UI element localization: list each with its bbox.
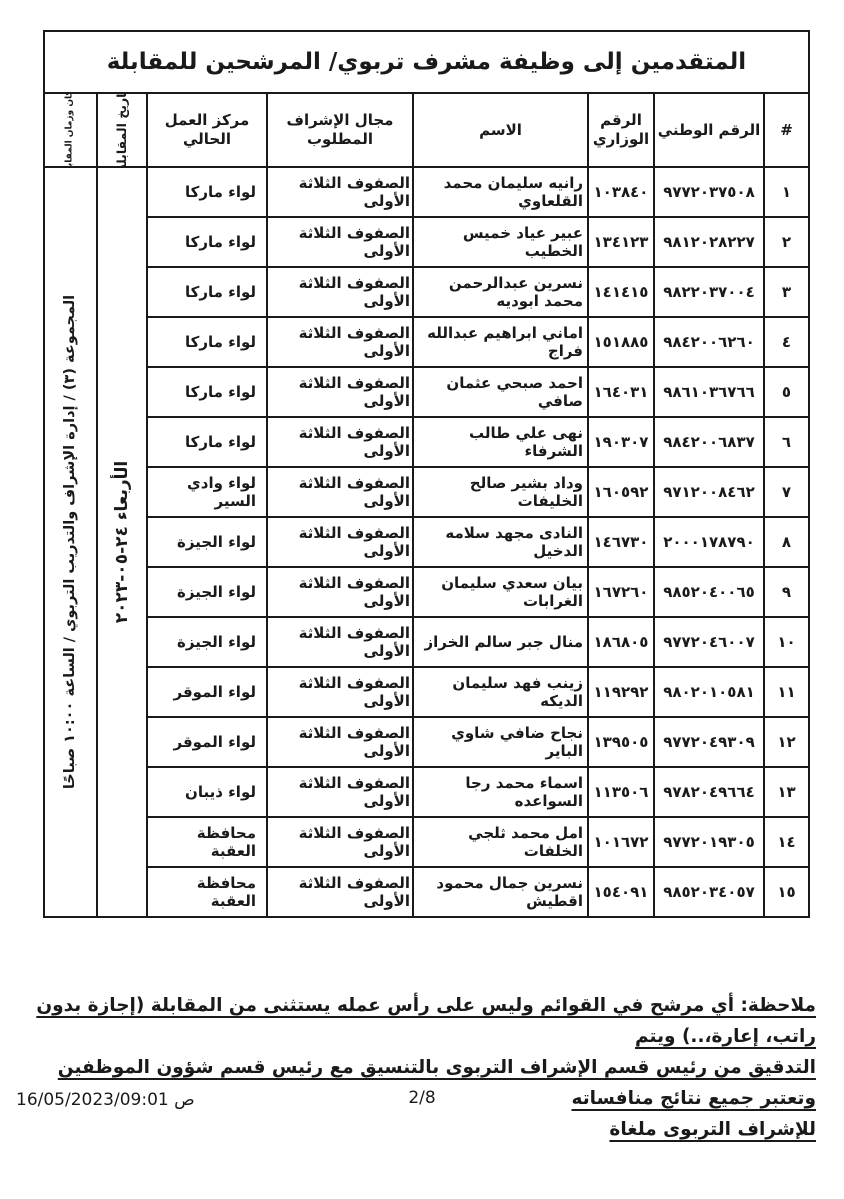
- table-row: ١٤ ٩٧٧٢٠١٩٣٠٥ ١٠١٦٧٢ امل محمد ثلجي الخلف…: [44, 817, 809, 867]
- cell-number: ٥: [764, 367, 809, 417]
- cell-name: نسرين جمال محمود اقطيش: [413, 867, 588, 917]
- cell-ministry-id: ١١٣٥٠٦: [588, 767, 654, 817]
- col-header-name: الاسم: [413, 93, 588, 167]
- table-row: ١١ ٩٨٠٢٠١٠٥٨١ ١١٩٢٩٢ زينب فهد سليمان الد…: [44, 667, 809, 717]
- cell-ministry-id: ١٠٣٨٤٠: [588, 167, 654, 217]
- cell-name: رانيه سليمان محمد القلعاوي: [413, 167, 588, 217]
- cell-work-center: لواء ذيبان: [147, 767, 267, 817]
- cell-name: نهى علي طالب الشرفاء: [413, 417, 588, 467]
- cell-national-id: ٩٨٤٢٠٠٦٨٣٧: [654, 417, 764, 467]
- cell-supervision-field: الصفوف الثلاثة الأولى: [267, 667, 413, 717]
- cell-number: ١١: [764, 667, 809, 717]
- cell-ministry-id: ١٨٦٨٠٥: [588, 617, 654, 667]
- cell-supervision-field: الصفوف الثلاثة الأولى: [267, 467, 413, 517]
- cell-ministry-id: ١٦٧٢٦٠: [588, 567, 654, 617]
- cell-ministry-id: ١٦٠٥٩٢: [588, 467, 654, 517]
- cell-number: ١٠: [764, 617, 809, 667]
- cell-number: ٢: [764, 217, 809, 267]
- cell-supervision-field: الصفوف الثلاثة الأولى: [267, 567, 413, 617]
- cell-number: ٣: [764, 267, 809, 317]
- table-row: ٨ ٢٠٠٠١٧٨٧٩٠ ١٤٦٧٣٠ النادى مجهد سلامه ال…: [44, 517, 809, 567]
- cell-work-center: محافظة العقبة: [147, 817, 267, 867]
- cell-name: نسرين عبدالرحمن محمد ابوديه: [413, 267, 588, 317]
- document-title: المتقدمين إلى وظيفة مشرف تربوي/ المرشحين…: [44, 31, 809, 93]
- table-row: ١٢ ٩٧٧٢٠٤٩٣٠٩ ١٣٩٥٠٥ نجاح ضافي شاوي البا…: [44, 717, 809, 767]
- table-row: ١٠ ٩٧٧٢٠٤٦٠٠٧ ١٨٦٨٠٥ منال جبر سالم الخرا…: [44, 617, 809, 667]
- cell-supervision-field: الصفوف الثلاثة الأولى: [267, 217, 413, 267]
- cell-work-center: لواء ماركا: [147, 217, 267, 267]
- footnote: ملاحظة: أي مرشح في القوائم وليس على رأس …: [28, 990, 816, 1145]
- cell-ministry-id: ١٣٩٥٠٥: [588, 717, 654, 767]
- cell-ministry-id: ١٥١٨٨٥: [588, 317, 654, 367]
- cell-ministry-id: ١٠١٦٧٢: [588, 817, 654, 867]
- table-row: ٤ ٩٨٤٢٠٠٦٢٦٠ ١٥١٨٨٥ اماني ابراهيم عبدالل…: [44, 317, 809, 367]
- cell-ministry-id: ١٤٦٧٣٠: [588, 517, 654, 567]
- cell-name: امل محمد ثلجي الخلفات: [413, 817, 588, 867]
- table-row: ١ ٩٧٧٢٠٣٧٥٠٨ ١٠٣٨٤٠ رانيه سليمان محمد ال…: [44, 167, 809, 217]
- cell-national-id: ٩٧٧٢٠١٩٣٠٥: [654, 817, 764, 867]
- cell-number: ٩: [764, 567, 809, 617]
- cell-supervision-field: الصفوف الثلاثة الأولى: [267, 267, 413, 317]
- cell-number: ١٣: [764, 767, 809, 817]
- cell-name: اماني ابراهيم عبدالله فراج: [413, 317, 588, 367]
- footnote-line: ملاحظة: أي مرشح في القوائم وليس على رأس …: [28, 990, 816, 1052]
- cell-ministry-id: ١٦٤٠٣١: [588, 367, 654, 417]
- cell-name: منال جبر سالم الخراز: [413, 617, 588, 667]
- cell-number: ٤: [764, 317, 809, 367]
- table-row: ٩ ٩٨٥٢٠٤٠٠٦٥ ١٦٧٢٦٠ بيان سعدي سليمان الغ…: [44, 567, 809, 617]
- cell-national-id: ٩٨٥٢٠٣٤٠٥٧: [654, 867, 764, 917]
- cell-national-id: ٩٧٨٢٠٤٩٦٦٤: [654, 767, 764, 817]
- table-row: ٣ ٩٨٢٢٠٣٧٠٠٤ ١٤١٤١٥ نسرين عبدالرحمن محمد…: [44, 267, 809, 317]
- page-number: 2/8: [408, 1088, 435, 1108]
- table-row: ١٥ ٩٨٥٢٠٣٤٠٥٧ ١٥٤٠٩١ نسرين جمال محمود اق…: [44, 867, 809, 917]
- cell-national-id: ٢٠٠٠١٧٨٧٩٠: [654, 517, 764, 567]
- cell-work-center: لواء ماركا: [147, 167, 267, 217]
- table-header-row: # الرقم الوطني الرقم الوزاري الاسم مجال …: [44, 93, 809, 167]
- cell-supervision-field: الصفوف الثلاثة الأولى: [267, 367, 413, 417]
- cell-work-center: لواء الموقر: [147, 717, 267, 767]
- cell-national-id: ٩٨٤٢٠٠٦٢٦٠: [654, 317, 764, 367]
- table-row: ٢ ٩٨١٢٠٢٨٢٢٧ ١٣٤١٢٣ عبير عياد خميس الخطي…: [44, 217, 809, 267]
- cell-number: ١: [764, 167, 809, 217]
- col-header-interview-place-time: مكان وزمان المقابلة: [44, 93, 97, 167]
- cell-ministry-id: ١٤١٤١٥: [588, 267, 654, 317]
- col-header-number: #: [764, 93, 809, 167]
- candidates-table: المتقدمين إلى وظيفة مشرف تربوي/ المرشحين…: [43, 30, 810, 918]
- cell-national-id: ٩٨٢٢٠٣٧٠٠٤: [654, 267, 764, 317]
- cell-national-id: ٩٨٦١٠٣٦٧٦٦: [654, 367, 764, 417]
- col-header-supervision-field: مجال الإشراف المطلوب: [267, 93, 413, 167]
- table-row: ٧ ٩٧١٢٠٠٨٤٦٢ ١٦٠٥٩٢ وداد بشير صالح الخلي…: [44, 467, 809, 517]
- cell-national-id: ٩٧٧٢٠٤٦٠٠٧: [654, 617, 764, 667]
- cell-number: ٧: [764, 467, 809, 517]
- cell-ministry-id: ١١٩٢٩٢: [588, 667, 654, 717]
- cell-work-center: لواء ماركا: [147, 317, 267, 367]
- cell-work-center: لواء ماركا: [147, 267, 267, 317]
- col-header-national-id: الرقم الوطني: [654, 93, 764, 167]
- cell-supervision-field: الصفوف الثلاثة الأولى: [267, 317, 413, 367]
- cell-ministry-id: ١٣٤١٢٣: [588, 217, 654, 267]
- cell-ministry-id: ١٥٤٠٩١: [588, 867, 654, 917]
- cell-name: اسماء محمد رجا السواعده: [413, 767, 588, 817]
- cell-number: ١٤: [764, 817, 809, 867]
- merged-interview-place-time: المجموعة (٣) / إدارة الإشراف والتدريب ال…: [44, 167, 97, 917]
- cell-name: وداد بشير صالح الخليفات: [413, 467, 588, 517]
- cell-name: نجاح ضافي شاوي الباير: [413, 717, 588, 767]
- cell-national-id: ٩٧٧٢٠٣٧٥٠٨: [654, 167, 764, 217]
- cell-supervision-field: الصفوف الثلاثة الأولى: [267, 417, 413, 467]
- cell-name: بيان سعدي سليمان الغرابات: [413, 567, 588, 617]
- cell-work-center: لواء الجيزة: [147, 517, 267, 567]
- cell-work-center: لواء ماركا: [147, 367, 267, 417]
- cell-supervision-field: الصفوف الثلاثة الأولى: [267, 617, 413, 667]
- cell-supervision-field: الصفوف الثلاثة الأولى: [267, 767, 413, 817]
- cell-supervision-field: الصفوف الثلاثة الأولى: [267, 517, 413, 567]
- table-row: ٦ ٩٨٤٢٠٠٦٨٣٧ ١٩٠٣٠٧ نهى علي طالب الشرفاء…: [44, 417, 809, 467]
- cell-name: عبير عياد خميس الخطيب: [413, 217, 588, 267]
- cell-name: النادى مجهد سلامه الدخيل: [413, 517, 588, 567]
- col-header-ministry-id: الرقم الوزاري: [588, 93, 654, 167]
- cell-number: ١٥: [764, 867, 809, 917]
- cell-work-center: محافظة العقبة: [147, 867, 267, 917]
- title-row: المتقدمين إلى وظيفة مشرف تربوي/ المرشحين…: [44, 31, 809, 93]
- print-datetime: 16/05/2023/09:01 ص: [16, 1090, 195, 1110]
- cell-name: احمد صبحي عثمان صافي: [413, 367, 588, 417]
- cell-national-id: ٩٧٧٢٠٤٩٣٠٩: [654, 717, 764, 767]
- cell-number: ٨: [764, 517, 809, 567]
- cell-supervision-field: الصفوف الثلاثة الأولى: [267, 717, 413, 767]
- cell-ministry-id: ١٩٠٣٠٧: [588, 417, 654, 467]
- cell-national-id: ٩٨٥٢٠٤٠٠٦٥: [654, 567, 764, 617]
- cell-number: ١٢: [764, 717, 809, 767]
- cell-work-center: لواء الجيزة: [147, 567, 267, 617]
- cell-supervision-field: الصفوف الثلاثة الأولى: [267, 867, 413, 917]
- cell-work-center: لواء الجيزة: [147, 617, 267, 667]
- cell-work-center: لواء الموقر: [147, 667, 267, 717]
- col-header-work-center: مركز العمل الحالي: [147, 93, 267, 167]
- cell-national-id: ٩٨١٢٠٢٨٢٢٧: [654, 217, 764, 267]
- cell-work-center: لواء ماركا: [147, 417, 267, 467]
- cell-number: ٦: [764, 417, 809, 467]
- footnote-line: للإشراف التربوى ملغاة: [28, 1114, 816, 1145]
- table-row: ٥ ٩٨٦١٠٣٦٧٦٦ ١٦٤٠٣١ احمد صبحي عثمان صافي…: [44, 367, 809, 417]
- table-row: ١٣ ٩٧٨٢٠٤٩٦٦٤ ١١٣٥٠٦ اسماء محمد رجا السو…: [44, 767, 809, 817]
- cell-national-id: ٩٧١٢٠٠٨٤٦٢: [654, 467, 764, 517]
- merged-interview-date: الأربعاء ٢٤-٠٥-٢٠٢٣: [97, 167, 147, 917]
- cell-name: زينب فهد سليمان الديكه: [413, 667, 588, 717]
- cell-supervision-field: الصفوف الثلاثة الأولى: [267, 817, 413, 867]
- col-header-interview-date: تاريخ المقابلة: [97, 93, 147, 167]
- scanned-document-page: المتقدمين إلى وظيفة مشرف تربوي/ المرشحين…: [0, 0, 844, 1199]
- cell-work-center: لواء وادي السير: [147, 467, 267, 517]
- cell-supervision-field: الصفوف الثلاثة الأولى: [267, 167, 413, 217]
- cell-national-id: ٩٨٠٢٠١٠٥٨١: [654, 667, 764, 717]
